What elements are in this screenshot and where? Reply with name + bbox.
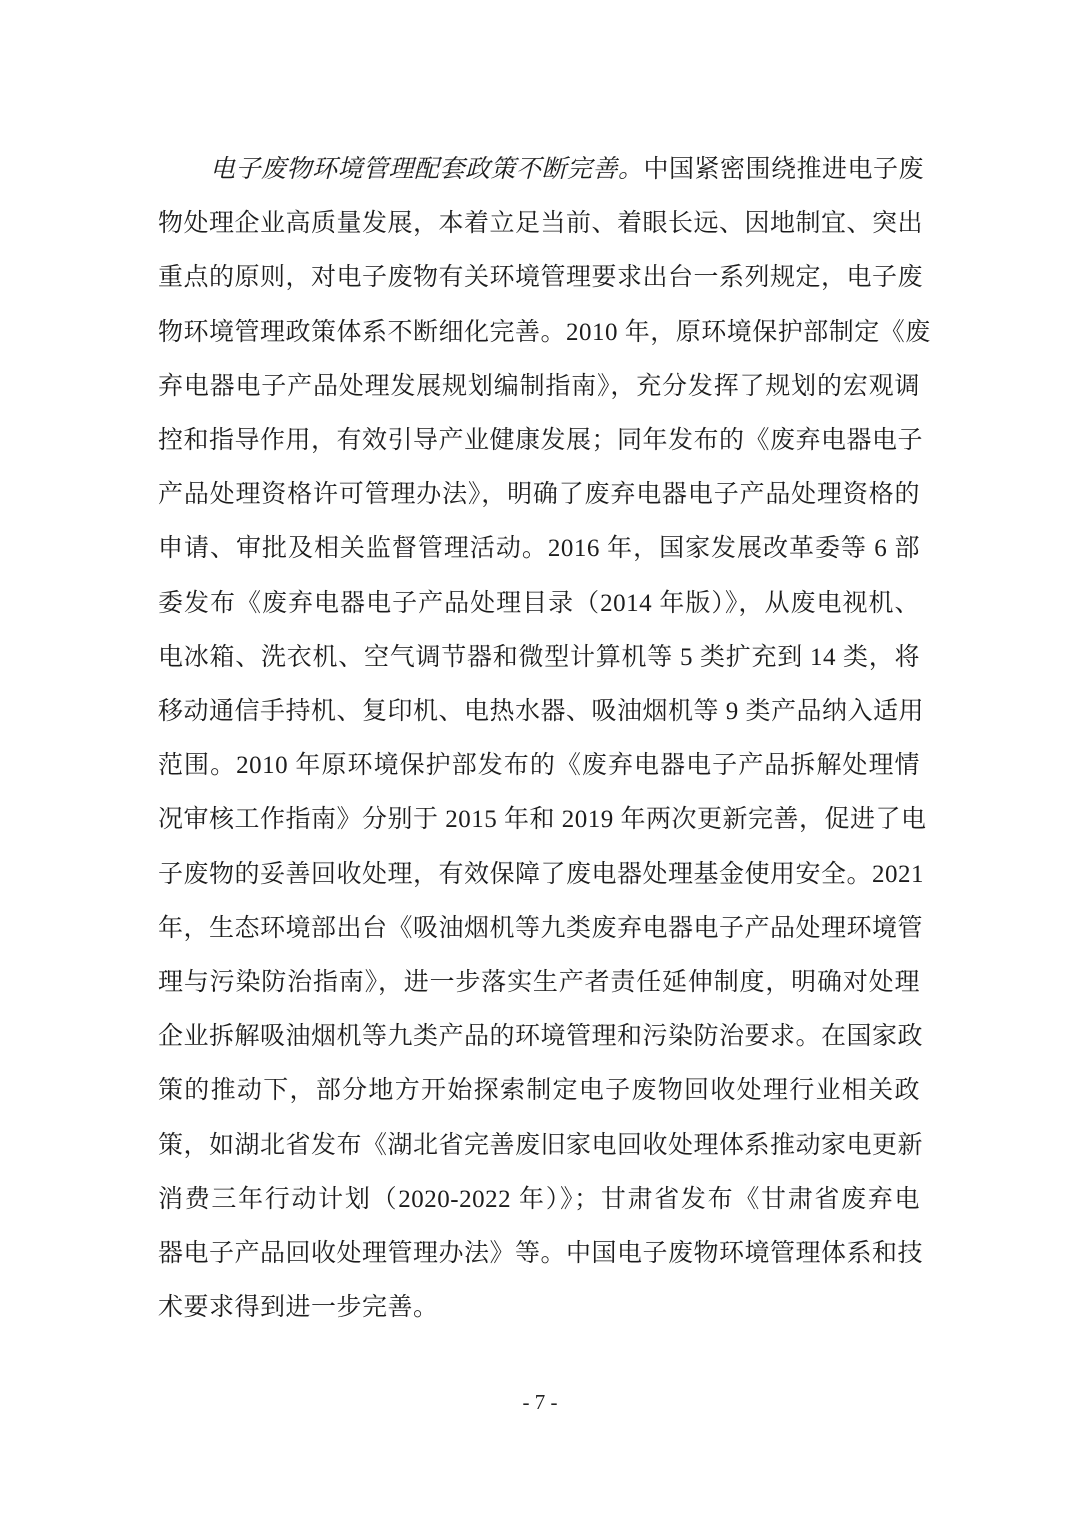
text-line: 物处理企业高质量发展，本着立足当前、着眼长远、因地制宜、突出 [158, 197, 920, 251]
text-line: 况审核工作指南》分别于 2015 年和 2019 年两次更新完善，促进了电 [158, 793, 920, 847]
text-line: 消费三年行动计划（2020-2022 年）》；甘肃省发布《甘肃省废弃电 [158, 1173, 920, 1227]
text-line: 策，如湖北省发布《湖北省完善废旧家电回收处理体系推动家电更新 [158, 1119, 920, 1173]
text-line: 范围。2010 年原环境保护部发布的《废弃电器电子产品拆解处理情 [158, 739, 920, 793]
paragraph-first-line-rest: 中国紧密围绕推进电子废 [644, 156, 925, 183]
text-line: 电子废物环境管理配套政策不断完善。中国紧密围绕推进电子废 [158, 143, 920, 197]
text-line: 子废物的妥善回收处理，有效保障了废电器处理基金使用安全。2021 [158, 848, 920, 902]
text-line: 理与污染防治指南》，进一步落实生产者责任延伸制度，明确对处理 [158, 956, 920, 1010]
text-line: 产品处理资格许可管理办法》，明确了废弃电器电子产品处理资格的 [158, 468, 920, 522]
text-line: 电冰箱、洗衣机、空气调节器和微型计算机等 5 类扩充到 14 类，将 [158, 631, 920, 685]
document-page: 电子废物环境管理配套政策不断完善。中国紧密围绕推进电子废 物处理企业高质量发展，… [0, 0, 1080, 1526]
text-line: 物环境管理政策体系不断细化完善。2010 年，原环境保护部制定《废 [158, 306, 920, 360]
text-line: 移动通信手持机、复印机、电热水器、吸油烟机等 9 类产品纳入适用 [158, 685, 920, 739]
paragraph: 电子废物环境管理配套政策不断完善。中国紧密围绕推进电子废 物处理企业高质量发展，… [158, 143, 920, 1335]
paragraph-body: 物处理企业高质量发展，本着立足当前、着眼长远、因地制宜、突出重点的原则，对电子废… [158, 197, 920, 1335]
text-line: 委发布《废弃电器电子产品处理目录（2014 年版）》，从废电视机、 [158, 577, 920, 631]
text-line: 弃电器电子产品处理发展规划编制指南》，充分发挥了规划的宏观调 [158, 360, 920, 414]
text-line: 重点的原则，对电子废物有关环境管理要求出台一系列规定，电子废 [158, 251, 920, 305]
page-number: - 7 - [0, 1390, 1080, 1415]
text-line: 控和指导作用，有效引导产业健康发展；同年发布的《废弃电器电子 [158, 414, 920, 468]
paragraph-lead-sentence: 电子废物环境管理配套政策不断完善。 [210, 156, 644, 183]
text-line: 策的推动下，部分地方开始探索制定电子废物回收处理行业相关政 [158, 1064, 920, 1118]
text-line: 申请、审批及相关监督管理活动。2016 年，国家发展改革委等 6 部 [158, 522, 920, 576]
text-line: 年，生态环境部出台《吸油烟机等九类废弃电器电子产品处理环境管 [158, 902, 920, 956]
text-line: 术要求得到进一步完善。 [158, 1281, 920, 1335]
text-line: 器电子产品回收处理管理办法》等。中国电子废物环境管理体系和技 [158, 1227, 920, 1281]
text-line: 企业拆解吸油烟机等九类产品的环境管理和污染防治要求。在国家政 [158, 1010, 920, 1064]
